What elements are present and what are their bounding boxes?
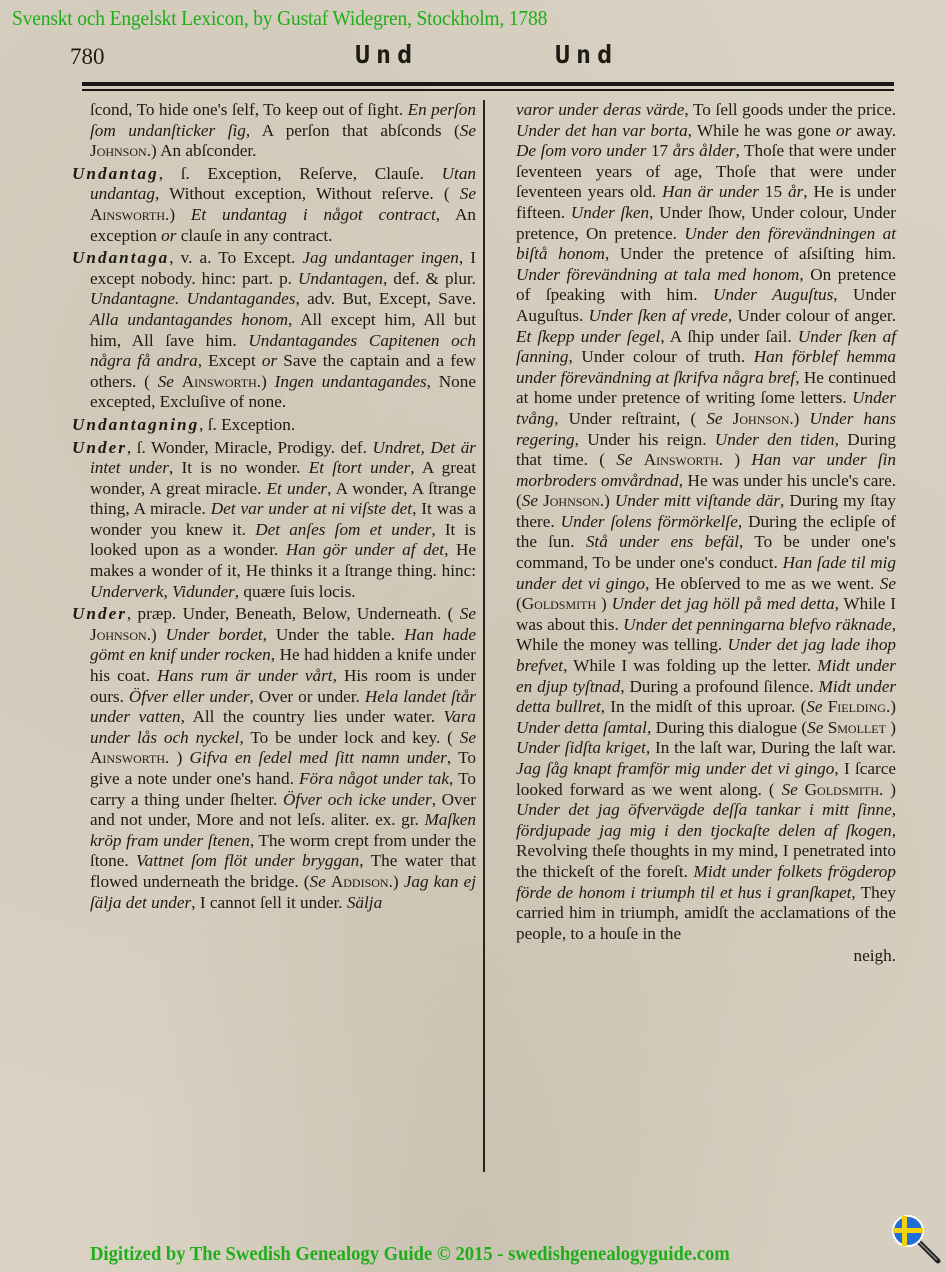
swedish-example: Sälja (347, 893, 382, 912)
swedish-example: Under Auguſtus (713, 285, 833, 304)
swedish-example: Under ſolens förmörkelſe (561, 512, 738, 531)
swedish-example: Se (807, 718, 823, 737)
entry-text: , A ſhip under ſail. (660, 327, 798, 346)
entry-text: ) (151, 625, 166, 644)
entry-text: ) (169, 748, 189, 767)
entry-text: , While he was gone (688, 121, 836, 140)
swedish-example: De ſom voro under (516, 141, 646, 160)
swedish-example: Ingen undantagandes (275, 372, 427, 391)
swedish-example: Se (309, 872, 325, 891)
swedish-example: Jag undantager ingen (302, 248, 458, 267)
entry-text (174, 372, 182, 391)
swedish-example: Under ſken (571, 203, 649, 222)
entry-text: , During a profound ſilence. (620, 677, 818, 696)
entry-text: ſcond, To hide one's ſelf, To keep out o… (90, 100, 408, 119)
swedish-example: Undantagne. Undantagandes (90, 289, 295, 308)
swedish-example: Stå under ens befäl (586, 532, 739, 551)
entry-text: ) (890, 697, 896, 716)
swedish-example: Han gör under af det (286, 540, 444, 559)
header-double-rule (82, 82, 894, 91)
entry-text: , Under reſtraint, ( (554, 409, 706, 428)
swedish-example: Han är under (662, 182, 759, 201)
page-number: 780 (70, 44, 105, 70)
swedish-example: Et ſtort under (309, 458, 411, 477)
entry-text: , Without exception, Without reſerve. ( (155, 184, 460, 203)
entry-text: , Under colour of anger. (728, 306, 896, 325)
entry-text: , In the laſt war, During the laſt war. (646, 738, 896, 757)
entry-text: , While I was folding up the letter. (563, 656, 817, 675)
source-author: Smollet (828, 718, 886, 737)
swedish-example: Se (806, 697, 822, 716)
entry-text: , I cannot ſell it under. (191, 893, 347, 912)
entry-text: 15 (759, 182, 788, 201)
swedish-example: Föra något under tak (299, 769, 449, 788)
swedish-example: Alla undantagandes honom (90, 310, 288, 329)
dictionary-entry: Undantagning, ſ. Exception. (72, 415, 476, 436)
swedish-example: Se (158, 372, 174, 391)
source-author: Fielding. (828, 697, 891, 716)
swedish-example: Se (706, 409, 722, 428)
left-column: ſcond, To hide one's ſelf, To keep out o… (72, 100, 476, 915)
source-author: Johnson. (90, 141, 151, 160)
swedish-example: Under detta ſamtal (516, 718, 647, 737)
entry-text: , def. & plur. (383, 269, 476, 288)
source-author: Addison. (331, 872, 393, 891)
entry-text: , A perſon that abſconds ( (246, 121, 460, 140)
entry-text: ) (169, 205, 191, 224)
source-author: Ainsworth. (90, 748, 169, 767)
headword: Undantag (72, 164, 159, 183)
catchword: neigh. (516, 946, 896, 967)
swedish-example: Undantagen (298, 269, 383, 288)
source-author: Goldsmith. (805, 780, 884, 799)
entry-text: , Under his reign. (575, 430, 715, 449)
swedish-example: Se (460, 184, 476, 203)
entry-text: ) (261, 372, 275, 391)
swedish-example: Det var under at ni viſste det (211, 499, 412, 518)
running-head-left: Und (355, 40, 418, 69)
column-divider (483, 100, 485, 1172)
entry-text: , All the country lies under water. (181, 707, 444, 726)
entry-text: ) (604, 491, 615, 510)
entry-text: , ſ. Wonder, Miracle, Prodigy. def. (127, 438, 373, 457)
entry-text: ) (883, 780, 896, 799)
headword: Under (72, 438, 127, 457)
swedish-example: Hans rum är under vårt (157, 666, 332, 685)
swedish-example: Det anſes ſom et under (255, 520, 431, 539)
swedish-example: or (161, 226, 176, 245)
entry-text: , He obſerved to me as we went. (645, 574, 880, 593)
entry-text: ) An abſconder. (151, 141, 256, 160)
entry-text: 17 (646, 141, 672, 160)
swedish-example: års ålder (673, 141, 736, 160)
swedish-example: Under ſidſta kriget (516, 738, 646, 757)
swedish-example: Jag ſåg knapt framför mig under det vi g… (516, 759, 834, 778)
dictionary-entry: Undantaga, v. a. To Except. Jag undantag… (72, 248, 476, 413)
source-author: Goldsmith (522, 594, 596, 613)
entry-text: , Under the table. (263, 625, 404, 644)
swedish-example: Et ſkepp under ſegel (516, 327, 660, 346)
dictionary-entry: Undantag, ſ. Exception, Reſerve, Clauſe.… (72, 164, 476, 246)
swedish-example: Under det penningarna blefvo räknade (623, 615, 892, 634)
headword: Undantagning (72, 415, 199, 434)
entry-continuation: ſcond, To hide one's ſelf, To keep out o… (72, 100, 476, 162)
entry-text: , Over or under. (250, 687, 365, 706)
entry-text: , Under the pretence of aſsiſting him. (605, 244, 896, 263)
swedish-example: Vattnet ſom flöt under bryggan (136, 851, 359, 870)
swedish-example: Se (616, 450, 632, 469)
source-author: Ainsworth. (90, 205, 169, 224)
swedish-example: Se (522, 491, 538, 510)
dictionary-entry: Under, præp. Under, Beneath, Below, Unde… (72, 604, 476, 913)
entry-text: , During this dialogue ( (647, 718, 807, 737)
entry-text: , adv. But, Except, Save. (295, 289, 476, 308)
source-author: Johnson. (90, 625, 151, 644)
swedish-example: varor under deras värde (516, 100, 684, 119)
swedish-example: Öfver eller under (129, 687, 250, 706)
running-head-right: Und (555, 40, 618, 69)
entry-continuation: varor under deras värde, To ſell goods u… (516, 100, 896, 944)
source-author: Johnson. (543, 491, 604, 510)
source-author: Ainsworth. (182, 372, 261, 391)
entry-text: , præp. Under, Beneath, Below, Underneat… (127, 604, 460, 623)
headword: Under (72, 604, 127, 623)
source-author: Ainsworth. (644, 450, 723, 469)
entry-text: , quære ſuis locis. (235, 582, 356, 601)
swedish-example: Under bordet (166, 625, 263, 644)
entry-text: , ſ. Exception. (199, 415, 295, 434)
swedish-example: Öfver och icke under (283, 790, 432, 809)
entry-text: , To be under lock and key. ( (239, 728, 459, 747)
swedish-example: or (262, 351, 277, 370)
entry-text: , Except (198, 351, 262, 370)
swedish-example: Se (460, 121, 476, 140)
swedish-example: Under förevändning at tala med honom (516, 265, 799, 284)
swedish-example: Se (460, 604, 476, 623)
entry-text: ) (886, 718, 896, 737)
entry-text: ) (393, 872, 404, 891)
swedish-example: Se (880, 574, 896, 593)
swedish-example: Gifva en ſedel med ſitt namn under (190, 748, 447, 767)
entry-text: , ſ. Exception, Reſerve, Clauſe. (159, 164, 442, 183)
entry-text: away. (851, 121, 896, 140)
dictionary-entry: Under, ſ. Wonder, Miracle, Prodigy. def.… (72, 438, 476, 603)
entry-text: ) (794, 409, 810, 428)
entry-text: , It is no wonder. (169, 458, 309, 477)
source-author: Johnson. (733, 409, 794, 428)
swedish-example: Under det han var borta (516, 121, 688, 140)
entry-text: , In the midſt of this uproar. ( (601, 697, 807, 716)
right-column: varor under deras värde, To ſell goods u… (516, 100, 896, 967)
overlay-title: Svenskt och Engelskt Lexicon, by Gustaf … (12, 6, 547, 31)
entry-text: , Under colour of truth. (569, 347, 754, 366)
swedish-example: Et undantag i något contract (191, 205, 436, 224)
swedish-example: Underverk, Vidunder (90, 582, 235, 601)
entry-text: ) (596, 594, 611, 613)
swedish-example: år (788, 182, 803, 201)
digitized-footer: Digitized by The Swedish Genealogy Guide… (90, 1243, 730, 1266)
entry-text: ) (723, 450, 751, 469)
entry-text (723, 409, 733, 428)
entry-text: , To ſell goods under the price. (684, 100, 896, 119)
entry-text (798, 780, 805, 799)
entry-text: clauſe in any contract. (176, 226, 332, 245)
swedish-flag-magnifier-icon[interactable] (890, 1213, 942, 1265)
swedish-example: Under mitt viſtande där (615, 491, 780, 510)
swedish-example: Se (782, 780, 798, 799)
headword: Undantaga (72, 248, 169, 267)
swedish-example: Under det jag höll på med detta (612, 594, 835, 613)
swedish-example: Se (460, 728, 476, 747)
entry-text: , v. a. To Except. (169, 248, 302, 267)
entry-text (632, 450, 643, 469)
swedish-example: Under det jag öfvervägde deſſa tankar i … (516, 800, 896, 840)
swedish-example: or (836, 121, 851, 140)
swedish-example: Under den tiden (715, 430, 835, 449)
swedish-example: Under ſken af vrede (589, 306, 728, 325)
swedish-example: Et under (267, 479, 328, 498)
